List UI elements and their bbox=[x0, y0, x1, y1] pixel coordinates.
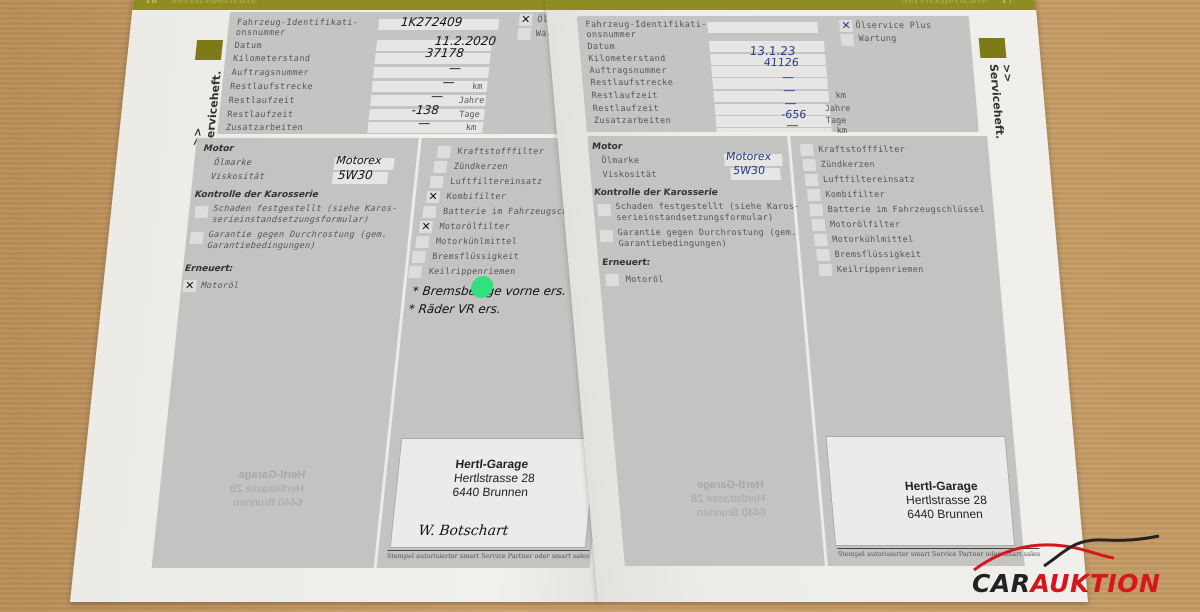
r-checkbox-motoroel[interactable] bbox=[605, 274, 619, 286]
checkbox-keilrippenriemen[interactable] bbox=[408, 266, 422, 278]
label-kombifilter: Kombifilter bbox=[446, 192, 507, 202]
label-km: Kilometerstand bbox=[233, 54, 311, 64]
unit-km-1: km bbox=[472, 82, 483, 92]
right-lower-form: Motor Ölmarke Motorex Viskosität 5W30 Ko… bbox=[587, 136, 1025, 566]
r-field-remaining-time bbox=[713, 91, 829, 102]
value-additional-work: — bbox=[418, 116, 431, 130]
r-stamp-city: 6440 Brunnen bbox=[907, 507, 989, 521]
label-luftfilter: Luftfiltereinsatz bbox=[450, 177, 543, 187]
r-checkbox-batterie[interactable] bbox=[809, 204, 823, 216]
r-stamp-name: Hertl-Garage bbox=[904, 479, 986, 493]
label-bremsfluessigkeit: Bremsflüssigkeit bbox=[432, 252, 520, 262]
r-label-batterie: Batterie im Fahrzeugschlüssel bbox=[827, 205, 985, 215]
field-remaining-distance bbox=[372, 81, 488, 92]
r-checkbox-oelservice-plus[interactable]: ✕ bbox=[839, 20, 853, 32]
r-checkbox-rust-guarantee[interactable] bbox=[599, 230, 613, 242]
checkbox-motoroelfilter[interactable]: ✕ bbox=[419, 221, 433, 233]
r-label-rust-guarantee: Garantie gegen Durchrostung (gem. Garant… bbox=[617, 228, 798, 250]
checkbox-zuendkerzen[interactable] bbox=[433, 161, 447, 173]
r-faded-stamp-name: Hertl-Garage bbox=[689, 478, 764, 492]
label-order: Auftragsnummer bbox=[231, 68, 309, 78]
checkbox-batterie[interactable] bbox=[422, 206, 436, 218]
r-label-order: Auftragsnummer bbox=[589, 66, 667, 76]
label-rust-guarantee: Garantie gegen Durchrostung (gem. Garant… bbox=[207, 230, 388, 252]
faded-stamp-city: 6440 Brunnen bbox=[228, 496, 303, 510]
r-faded-stamp-street: Hertlstrasse 28 bbox=[690, 492, 765, 506]
r-unit-years: Jahre bbox=[824, 104, 850, 114]
right-side-tab bbox=[979, 38, 1007, 58]
r-body-check-title: Kontrolle der Karosserie bbox=[594, 188, 719, 198]
r-checkbox-kombifilter[interactable] bbox=[807, 189, 821, 201]
value-remaining-distance: — bbox=[442, 75, 455, 89]
label-motoroelfilter: Motorölfilter bbox=[439, 222, 510, 232]
r-label-vin: Fahrzeug-Identifikati- onsnummer bbox=[585, 20, 708, 40]
r-checkbox-kuehlmittel[interactable] bbox=[814, 234, 828, 246]
checkbox-kombifilter[interactable]: ✕ bbox=[426, 191, 440, 203]
r-label-kombifilter: Kombifilter bbox=[825, 190, 885, 200]
label-vin: Fahrzeug-Identifikati- onsnummer bbox=[235, 18, 358, 38]
r-viscosity-label: Viskosität bbox=[602, 170, 657, 180]
r-checkbox-kraftstofffilter[interactable] bbox=[800, 144, 814, 156]
checkbox-luftfilter[interactable] bbox=[430, 176, 444, 188]
left-stamp-box: Hertl-Garage Hertlstrasse 28 6440 Brunne… bbox=[390, 438, 598, 548]
checkbox-kuehlmittel[interactable] bbox=[415, 236, 429, 248]
label-kraftstofffilter: Kraftstofffilter bbox=[457, 147, 545, 157]
r-label-zuendkerzen: Zündkerzen bbox=[820, 160, 875, 170]
r-field-remaining-days bbox=[715, 116, 831, 127]
carauktion-logo: CARAUKTION bbox=[964, 528, 1164, 598]
r-label-bremsfluessigkeit: Bremsflüssigkeit bbox=[834, 250, 922, 260]
r-label-vin-text: Fahrzeug-Identifikati- onsnummer bbox=[585, 20, 707, 40]
r-stamp-street: Hertlstrasse 28 bbox=[905, 493, 987, 507]
label-datum: Datum bbox=[234, 41, 263, 51]
checkbox-wartung[interactable] bbox=[517, 28, 531, 40]
viscosity-label: Viskosität bbox=[210, 172, 265, 182]
r-label-oelservice-plus: Ölservice Plus bbox=[855, 21, 932, 31]
label-additional-work: Zusatzarbeiten bbox=[225, 123, 303, 133]
r-renewed-title: Erneuert: bbox=[602, 258, 651, 268]
stamp-city: 6440 Brunnen bbox=[452, 485, 534, 499]
faded-stamp-name: Hertl-Garage bbox=[231, 468, 306, 482]
r-viscosity-value: 5W30 bbox=[733, 164, 766, 177]
right-page-number: 17 bbox=[1001, 0, 1014, 5]
r-unit-days: Tage bbox=[825, 116, 846, 126]
logo-text-car: CAR bbox=[972, 569, 1030, 598]
r-checkbox-wartung[interactable] bbox=[840, 34, 854, 46]
value-order: — bbox=[448, 61, 461, 75]
r-checkbox-motoroelfilter[interactable] bbox=[811, 219, 825, 231]
body-check-title: Kontrolle der Karosserie bbox=[194, 190, 319, 200]
stamp-name: Hertl-Garage bbox=[455, 457, 537, 471]
r-value-km: 41126 bbox=[763, 56, 799, 69]
r-checkbox-luftfilter[interactable] bbox=[805, 174, 819, 186]
r-checkbox-damage[interactable] bbox=[597, 204, 611, 216]
left-page-number: 16 bbox=[145, 0, 158, 5]
faded-stamp-street: Hertlstrasse 28 bbox=[229, 482, 304, 496]
label-motoroel: Motoröl bbox=[201, 281, 240, 291]
right-stamp: Hertl-Garage Hertlstrasse 28 6440 Brunne… bbox=[904, 479, 988, 521]
unit-years: Jahre bbox=[458, 96, 485, 106]
checkbox-rust-guarantee[interactable] bbox=[190, 232, 204, 244]
r-label-motoroel: Motoröl bbox=[625, 275, 664, 285]
r-label-kraftstofffilter: Kraftstofffilter bbox=[818, 145, 906, 155]
value-remaining-days: -138 bbox=[411, 103, 440, 117]
r-label-remaining-time: Restlaufzeit bbox=[591, 91, 658, 101]
r-label-wartung: Wartung bbox=[858, 34, 897, 44]
service-booklet: 16 Serviceberichte >> Serviceheft. Fahrz… bbox=[70, 0, 1200, 612]
checkbox-damage[interactable] bbox=[194, 206, 208, 218]
r-value-remaining-distance: — bbox=[783, 83, 796, 97]
r-label-kuehlmittel: Motorkühlmittel bbox=[832, 235, 914, 245]
checkbox-kraftstofffilter[interactable] bbox=[437, 146, 451, 158]
r-label-remaining-time-2: Restlaufzeit bbox=[592, 104, 659, 114]
r-label-km: Kilometerstand bbox=[588, 54, 666, 64]
r-faded-stamp-city: 6440 Brunnen bbox=[692, 506, 767, 520]
right-side-label: >> Serviceheft. bbox=[987, 64, 1020, 144]
stamp-street: Hertlstrasse 28 bbox=[453, 471, 535, 485]
r-unit-km: km bbox=[835, 91, 846, 101]
field-order bbox=[373, 67, 489, 78]
r-checkbox-bremsfluessigkeit[interactable] bbox=[816, 249, 830, 261]
r-value-additional: — bbox=[786, 118, 799, 132]
renewed-title: Erneuert: bbox=[184, 264, 233, 274]
unit-km-2: km bbox=[465, 123, 476, 133]
viscosity-value: 5W30 bbox=[337, 168, 373, 182]
value-vin: 1K272409 bbox=[400, 15, 463, 29]
r-field-remaining-years bbox=[714, 104, 830, 115]
value-remaining-years: — bbox=[430, 89, 443, 103]
right-header-bar: Serviceberichte 17 bbox=[544, 0, 1036, 10]
r-field-additional bbox=[717, 128, 832, 132]
left-side-tab bbox=[195, 40, 223, 60]
r-oil-brand-label: Ölmarke bbox=[601, 156, 640, 166]
label-remaining-time-years: Restlaufzeit bbox=[228, 96, 295, 106]
right-form-top: Fahrzeug-Identifikati- onsnummer Datum K… bbox=[577, 16, 979, 132]
oil-brand-label: Ölmarke bbox=[214, 158, 253, 168]
label-kuehlmittel: Motorkühlmittel bbox=[435, 237, 517, 247]
logo-text-auktion: AUKTION bbox=[1030, 569, 1160, 598]
left-faded-stamp: Hertl-Garage Hertlstrasse 28 6440 Brunne… bbox=[228, 468, 306, 510]
right-header-title: Serviceberichte bbox=[901, 0, 988, 6]
checkbox-bremsfluessigkeit[interactable] bbox=[412, 251, 426, 263]
r-label-damage: Schaden festgestellt (siehe Karos- serie… bbox=[615, 202, 801, 224]
right-faded-stamp: Hertl-Garage Hertlstrasse 28 6440 Brunne… bbox=[689, 478, 767, 520]
label-zuendkerzen: Zündkerzen bbox=[453, 162, 508, 172]
checkbox-oelservice-plus[interactable]: ✕ bbox=[519, 14, 533, 26]
r-checkbox-keilrippenriemen[interactable] bbox=[818, 264, 832, 276]
value-km: 37178 bbox=[425, 46, 465, 60]
left-stamp: Hertl-Garage Hertlstrasse 28 6440 Brunne… bbox=[452, 457, 537, 499]
label-damage: Schaden festgestellt (siehe Karos- serie… bbox=[212, 204, 399, 226]
logo-text: CARAUKTION bbox=[972, 569, 1160, 598]
motor-title: Motor bbox=[203, 144, 234, 154]
r-value-order: — bbox=[781, 70, 794, 84]
r-unit-km-2: km bbox=[836, 126, 847, 136]
label-remaining-distance: Restlaufstrecke bbox=[230, 82, 314, 92]
r-label-remaining-distance: Restlaufstrecke bbox=[590, 78, 674, 88]
r-label-datum: Datum bbox=[587, 42, 615, 52]
r-label-luftfilter: Luftfiltereinsatz bbox=[823, 175, 916, 185]
checkbox-motoroel[interactable]: ✕ bbox=[183, 280, 197, 292]
r-motor-title: Motor bbox=[592, 142, 623, 152]
r-field-vin bbox=[707, 22, 818, 33]
label-remaining-time-days: Restlaufzeit bbox=[227, 110, 294, 120]
unit-days: Tage bbox=[459, 110, 481, 120]
left-header-title: Serviceberichte bbox=[170, 0, 257, 6]
right-page: Serviceberichte 17 >> Serviceheft. Fahrz… bbox=[544, 0, 1088, 602]
r-field-remaining-distance bbox=[712, 78, 828, 89]
label-vin-text: Fahrzeug-Identifikati- onsnummer bbox=[235, 18, 358, 38]
r-label-additional-work: Zusatzarbeiten bbox=[593, 116, 671, 126]
r-label-motoroelfilter: Motorölfilter bbox=[830, 220, 901, 230]
oil-brand-value: Motorex bbox=[336, 154, 382, 167]
label-keilrippenriemen: Keilrippenriemen bbox=[428, 267, 516, 277]
r-checkbox-zuendkerzen[interactable] bbox=[802, 159, 816, 171]
r-label-keilrippenriemen: Keilrippenriemen bbox=[837, 265, 925, 275]
car-silhouette-icon bbox=[964, 528, 1164, 573]
note-wheels: * Räder VR ers. bbox=[408, 302, 501, 316]
r-oil-brand-value: Motorex bbox=[725, 150, 771, 163]
left-stamp-caption: Stempel autorisierter smart Service Part… bbox=[386, 550, 590, 560]
signature: W. Botschart bbox=[418, 523, 510, 539]
